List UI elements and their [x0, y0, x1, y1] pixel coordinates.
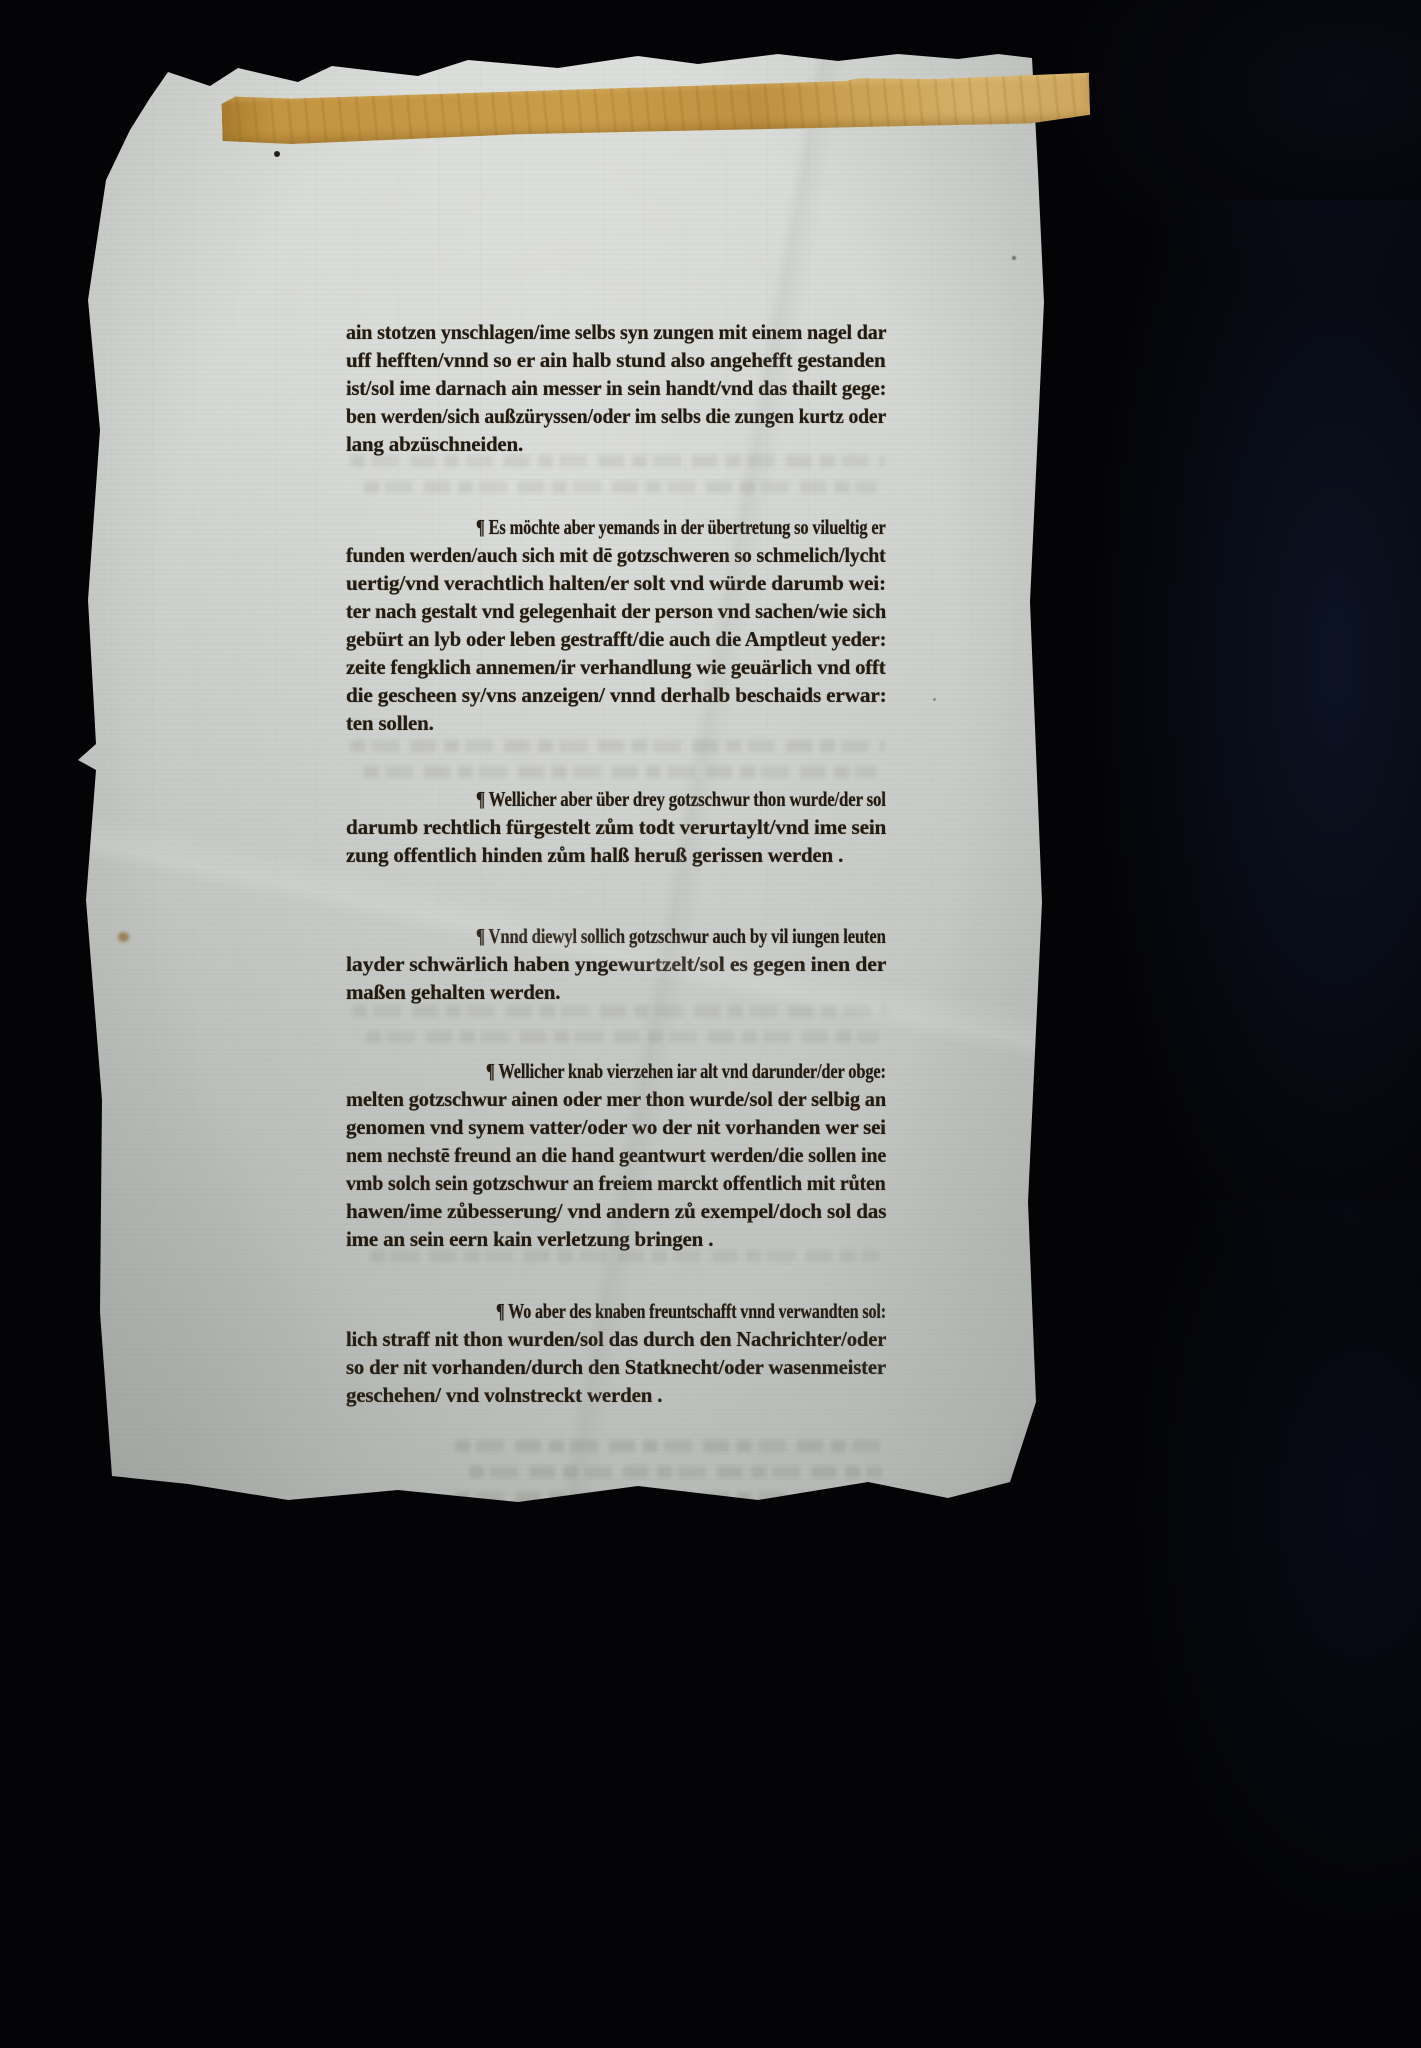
- bleed-through-band: [350, 455, 885, 467]
- text-line: hawen/ime zůbesserung/ vnd andern zů exe…: [346, 1197, 886, 1225]
- text-line: ben werden/sich außzüryssen/oder im selb…: [346, 402, 886, 430]
- photograph-of-printed-leaf: ain stotzen ynschlagen/ime selbs syn zun…: [0, 0, 1421, 2048]
- text-line: ¶ Es möchte aber yemands in der übertret…: [476, 513, 886, 541]
- paper-sheet: ain stotzen ynschlagen/ime selbs syn zun…: [70, 52, 1048, 1530]
- foxing-spot: [274, 151, 280, 157]
- bleed-through-band: [364, 766, 877, 778]
- text-line-content: lich straff nit thon wurden/sol das durc…: [346, 1325, 886, 1353]
- text-line-content: maßen gehalten werden.: [346, 978, 560, 1006]
- text-line-content: zeite fengklich annemen/ir verhandlung w…: [346, 653, 886, 681]
- backdrop-blue-sheen: [1080, 200, 1421, 1350]
- text-line: lang abzüschneiden.: [346, 430, 886, 458]
- text-line: gebürt an lyb oder leben gestrafft/die a…: [346, 625, 886, 653]
- text-line: uff hefften/vnnd so er ain halb stund al…: [346, 346, 886, 374]
- text-line: geschehen/ vnd volnstreckt werden .: [346, 1381, 886, 1409]
- bleed-through-band: [455, 1492, 846, 1504]
- text-line-content: ime an sein eern kain verletzung bringen…: [346, 1225, 713, 1253]
- bleed-through-band: [370, 1250, 880, 1262]
- text-line-content: ben werden/sich außzüryssen/oder im selb…: [346, 402, 886, 430]
- text-line-content: hawen/ime zůbesserung/ vnd andern zů exe…: [346, 1197, 886, 1225]
- bleed-through-band: [350, 740, 885, 752]
- backdrop-blue-sheen-lower: [1120, 1200, 1421, 1960]
- text-line-content: ain stotzen ynschlagen/ime selbs syn zun…: [346, 318, 886, 346]
- text-line-content: die gescheen sy/vns anzeigen/ vnnd derha…: [346, 681, 886, 709]
- bleed-through-band: [469, 1466, 882, 1478]
- text-line-content: genomen vnd synem vatter/oder wo der nit…: [346, 1113, 886, 1141]
- text-line-content: ter nach gestalt vnd gelegenhait der per…: [346, 597, 886, 625]
- text-line: lich straff nit thon wurden/sol das durc…: [346, 1325, 886, 1353]
- bleed-through-band: [455, 1544, 868, 1556]
- text-line-content: funden werden/auch sich mit dē gotzschwe…: [346, 541, 886, 569]
- text-line: ¶ Wellicher knab vierzehen iar alt vnd d…: [486, 1057, 886, 1085]
- text-line: funden werden/auch sich mit dē gotzschwe…: [346, 541, 886, 569]
- text-line: layder schwärlich haben yngewurtzelt/sol…: [346, 950, 886, 978]
- text-line: melten gotzschwur ainen oder mer thon wu…: [346, 1085, 886, 1113]
- foxing-spot: [118, 932, 129, 942]
- text-line-content: ¶ Wo aber des knaben freuntschafft vnnd …: [496, 1297, 886, 1325]
- text-line-content: uertig/vnd verachtlich halten/er solt vn…: [346, 569, 886, 597]
- text-line: ¶ Wellicher aber über drey gotzschwur th…: [476, 785, 886, 813]
- text-line-content: lang abzüschneiden.: [346, 430, 523, 458]
- text-line: nem nechstē freund an die hand geantwurt…: [346, 1141, 886, 1169]
- bleed-through-band: [469, 1518, 904, 1530]
- text-line-content: nem nechstē freund an die hand geantwurt…: [346, 1141, 886, 1169]
- text-line-content: ten sollen.: [346, 709, 434, 737]
- text-line-content: melten gotzschwur ainen oder mer thon wu…: [346, 1085, 886, 1113]
- text-line-content: ¶ Wellicher aber über drey gotzschwur th…: [476, 785, 886, 813]
- text-line-content: uff hefften/vnnd so er ain halb stund al…: [346, 346, 886, 374]
- text-line-content: layder schwärlich haben yngewurtzelt/sol…: [346, 950, 886, 978]
- text-line-content: gebürt an lyb oder leben gestrafft/die a…: [346, 625, 886, 653]
- text-line: ime an sein eern kain verletzung bringen…: [346, 1225, 886, 1253]
- text-line-content: vmb solch sein gotzschwur an freiem marc…: [346, 1169, 886, 1197]
- bleed-through-band: [364, 481, 877, 493]
- text-line: so der nit vorhanden/durch den Statknech…: [346, 1353, 886, 1381]
- text-line: zeite fengklich annemen/ir verhandlung w…: [346, 653, 886, 681]
- text-line: ten sollen.: [346, 709, 886, 737]
- text-line: ¶ Vnnd diewyl sollich gotzschwur auch by…: [476, 922, 886, 950]
- text-line-content: darumb rechtlich fürgestelt zům todt ver…: [346, 813, 886, 841]
- text-line: ist/sol ime darnach ain messer in sein h…: [346, 374, 886, 402]
- text-line: zung offentlich hinden zům halß heruß ge…: [346, 841, 886, 869]
- text-line: vmb solch sein gotzschwur an freiem marc…: [346, 1169, 886, 1197]
- text-line-content: ¶ Es möchte aber yemands in der übertret…: [476, 513, 886, 541]
- text-line: ter nach gestalt vnd gelegenhait der per…: [346, 597, 886, 625]
- bleed-through-band: [352, 1005, 887, 1017]
- text-line-content: ¶ Vnnd diewyl sollich gotzschwur auch by…: [476, 922, 886, 950]
- bleed-through-band: [455, 1440, 890, 1452]
- text-line: maßen gehalten werden.: [346, 978, 886, 1006]
- backdrop-blue-sheen-upper: [1040, 0, 1421, 300]
- foxing-spot: [1012, 256, 1016, 260]
- bleed-through-band: [366, 1031, 879, 1043]
- page-text-block: ain stotzen ynschlagen/ime selbs syn zun…: [70, 52, 1048, 1530]
- text-line: ¶ Wo aber des knaben freuntschafft vnnd …: [496, 1297, 886, 1325]
- text-line: die gescheen sy/vns anzeigen/ vnnd derha…: [346, 681, 886, 709]
- text-line: ain stotzen ynschlagen/ime selbs syn zun…: [346, 318, 886, 346]
- text-line-content: ¶ Wellicher knab vierzehen iar alt vnd d…: [486, 1057, 886, 1085]
- text-line: genomen vnd synem vatter/oder wo der nit…: [346, 1113, 886, 1141]
- text-line-content: zung offentlich hinden zům halß heruß ge…: [346, 841, 843, 869]
- text-line-content: ist/sol ime darnach ain messer in sein h…: [346, 374, 886, 402]
- text-line-content: geschehen/ vnd volnstreckt werden .: [346, 1381, 662, 1409]
- text-line: uertig/vnd verachtlich halten/er solt vn…: [346, 569, 886, 597]
- text-line-content: so der nit vorhanden/durch den Statknech…: [346, 1353, 886, 1381]
- text-line: darumb rechtlich fürgestelt zům todt ver…: [346, 813, 886, 841]
- foxing-spot: [933, 698, 936, 701]
